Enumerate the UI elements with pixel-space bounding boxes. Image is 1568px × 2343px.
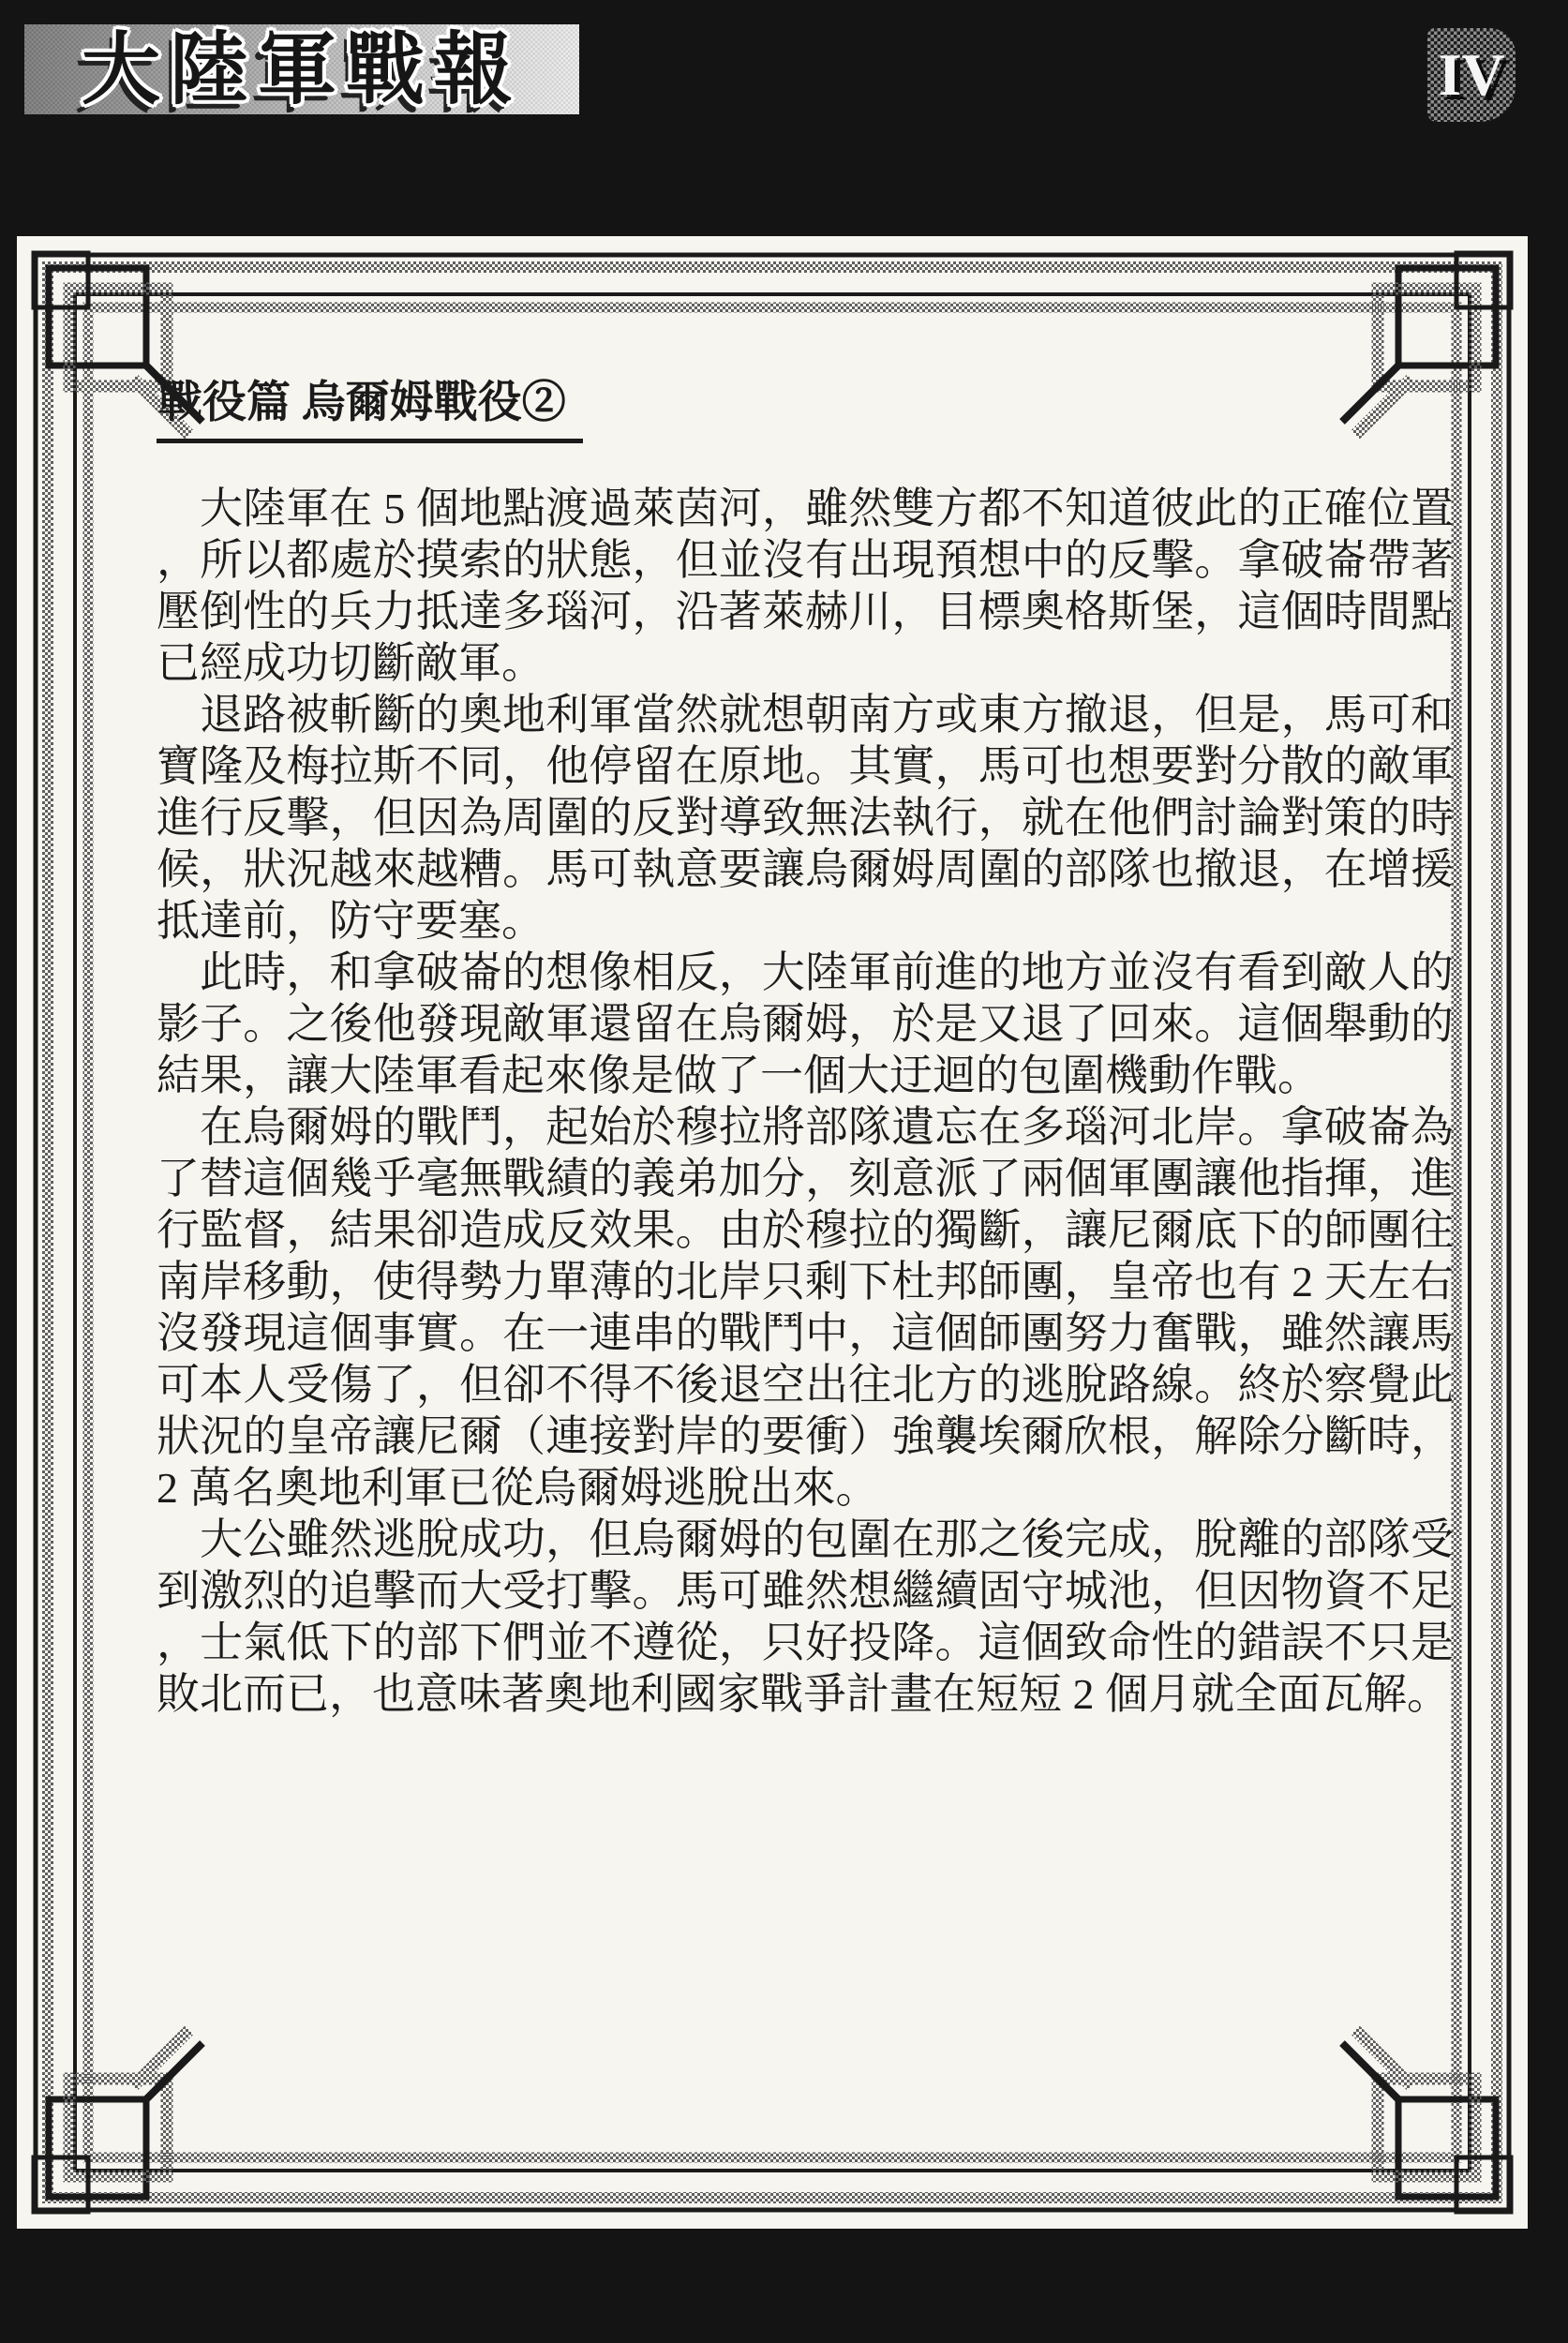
article-heading: 戰役篇 烏爾姆戰役② [157, 377, 583, 443]
volume-number: IV [1438, 45, 1504, 105]
article-paragraph: 在烏爾姆的戰鬥，起始於穆拉將部隊遺忘在多瑙河北岸。拿破崙為了替這個幾乎毫無戰績的… [157, 1101, 1454, 1514]
corner-ornament-bottom-left [34, 2030, 202, 2212]
article-paragraph: 退路被斬斷的奧地利軍當然就想朝南方或東方撤退，但是，馬可和寶隆及梅拉斯不同，他停… [157, 689, 1454, 947]
page: 戰役篇 烏爾姆戰役② 大陸軍在 5 個地點渡過萊茵河，雖然雙方都不知道彼此的正確… [17, 236, 1528, 2229]
article-paragraph: 此時，和拿破崙的想像相反，大陸軍前進的地方並沒有看到敵人的影子。之後他發現敵軍還… [157, 947, 1454, 1101]
corner-ornament-bottom-right [1342, 2030, 1511, 2212]
scanned-book-page: { "masthead": { "title": "大陸軍戰報", "volum… [0, 0, 1568, 2343]
article: 戰役篇 烏爾姆戰役② 大陸軍在 5 個地點渡過萊茵河，雖然雙方都不知道彼此的正確… [157, 377, 1454, 1720]
article-body: 大陸軍在 5 個地點渡過萊茵河，雖然雙方都不知道彼此的正確位置，所以都處於摸索的… [157, 483, 1454, 1720]
article-paragraph: 大陸軍在 5 個地點渡過萊茵河，雖然雙方都不知道彼此的正確位置，所以都處於摸索的… [157, 483, 1454, 689]
masthead: 大陸軍戰報 [24, 24, 579, 114]
masthead-title: 大陸軍戰報 [82, 30, 522, 109]
article-paragraph: 大公雖然逃脫成功，但烏爾姆的包圍在那之後完成，脫離的部隊受到激烈的追擊而大受打擊… [157, 1514, 1454, 1720]
volume-badge: IV [1427, 28, 1516, 122]
